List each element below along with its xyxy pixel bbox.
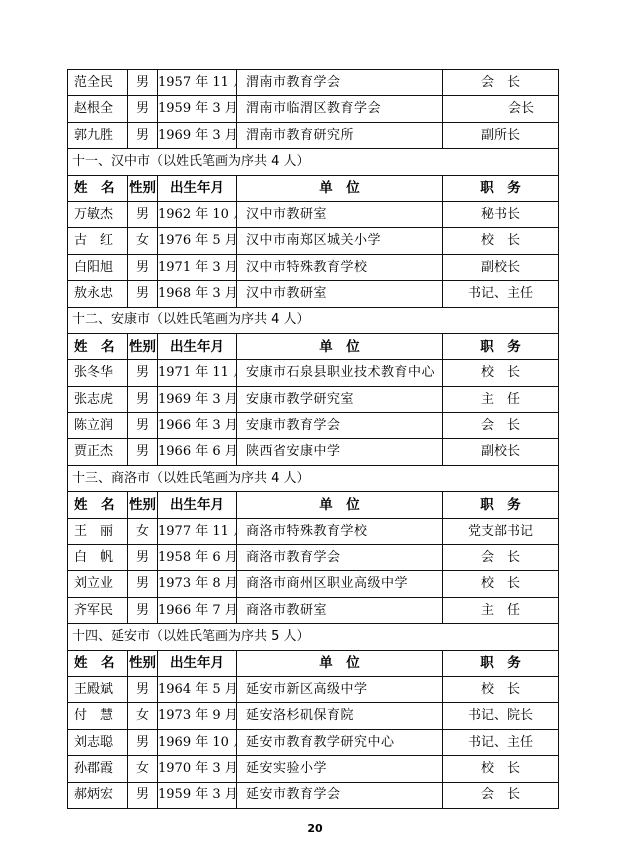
table-row: 敖永忠男1968 年 3 月汉中市教研室书记、主任 — [68, 281, 559, 307]
name-cell: 刘志聪 — [68, 729, 128, 755]
unit-cell: 汉中市南郑区城关小学 — [237, 228, 443, 254]
birthdate-cell: 1973 年 9 月 — [158, 703, 237, 729]
gender-cell: 女 — [128, 518, 158, 544]
unit-cell: 延安市教育学会 — [237, 782, 443, 808]
birthdate-cell: 1976 年 5 月 — [158, 228, 237, 254]
name-cell: 张志虎 — [68, 386, 128, 412]
gender-cell: 男 — [128, 782, 158, 808]
column-header-unit: 单 位 — [237, 650, 443, 676]
column-header-unit: 单 位 — [237, 333, 443, 359]
roster-table-body: 范全民男1957 年 11 月渭南市教育学会会 长赵根全男1959 年 3 月渭… — [68, 70, 559, 809]
birthdate-cell: 1969 年 10 月 — [158, 729, 237, 755]
position-cell: 主 任 — [443, 597, 559, 623]
position-cell: 秘书长 — [443, 201, 559, 227]
birthdate-cell: 1971 年 11 月 — [158, 360, 237, 386]
gender-cell: 男 — [128, 729, 158, 755]
unit-cell: 安康市教学研究室 — [237, 386, 443, 412]
gender-cell: 男 — [128, 386, 158, 412]
name-cell: 敖永忠 — [68, 281, 128, 307]
unit-cell: 渭南市教育研究所 — [237, 122, 443, 148]
gender-cell: 男 — [128, 254, 158, 280]
table-row: 王 丽女1977 年 11 月商洛市特殊教育学校党支部书记 — [68, 518, 559, 544]
gender-cell: 男 — [128, 676, 158, 702]
table-row: 郭九胜男1969 年 3 月渭南市教育研究所副所长 — [68, 122, 559, 148]
name-cell: 王 丽 — [68, 518, 128, 544]
position-cell: 校 长 — [443, 228, 559, 254]
gender-cell: 男 — [128, 360, 158, 386]
gender-cell: 男 — [128, 597, 158, 623]
birthdate-cell: 1973 年 8 月 — [158, 571, 237, 597]
column-header-row: 姓 名性别出生年月单 位职 务 — [68, 333, 559, 359]
position-cell: 书记、主任 — [443, 729, 559, 755]
gender-cell: 男 — [128, 281, 158, 307]
table-row: 付 慧女1973 年 9 月延安洛杉矶保育院书记、院长 — [68, 703, 559, 729]
gender-cell: 男 — [128, 96, 158, 122]
column-header-name: 姓 名 — [68, 175, 128, 201]
column-header-gender: 性别 — [128, 175, 158, 201]
position-cell: 书记、院长 — [443, 703, 559, 729]
unit-cell: 汉中市教研室 — [237, 281, 443, 307]
birthdate-cell: 1966 年 7 月 — [158, 597, 237, 623]
position-cell: 会 长 — [443, 70, 559, 96]
birthdate-cell: 1977 年 11 月 — [158, 518, 237, 544]
table-row: 齐军民男1966 年 7 月商洛市教研室主 任 — [68, 597, 559, 623]
column-header-birthdate: 出生年月 — [158, 650, 237, 676]
gender-cell: 女 — [128, 756, 158, 782]
column-header-position: 职 务 — [443, 492, 559, 518]
column-header-row: 姓 名性别出生年月单 位职 务 — [68, 650, 559, 676]
column-header-row: 姓 名性别出生年月单 位职 务 — [68, 492, 559, 518]
column-header-birthdate: 出生年月 — [158, 492, 237, 518]
table-row: 赵根全男1959 年 3 月渭南市临渭区教育学会会长 — [68, 96, 559, 122]
table-row: 古 红女1976 年 5 月汉中市南郑区城关小学校 长 — [68, 228, 559, 254]
column-header-row: 姓 名性别出生年月单 位职 务 — [68, 175, 559, 201]
unit-cell: 汉中市教研室 — [237, 201, 443, 227]
birthdate-cell: 1966 年 3 月 — [158, 413, 237, 439]
name-cell: 贾正杰 — [68, 439, 128, 465]
column-header-name: 姓 名 — [68, 650, 128, 676]
name-cell: 郭九胜 — [68, 122, 128, 148]
unit-cell: 商洛市商州区职业高级中学 — [237, 571, 443, 597]
table-row: 陈立润男1966 年 3 月安康市教育学会会 长 — [68, 413, 559, 439]
birthdate-cell: 1971 年 3 月 — [158, 254, 237, 280]
section-title-row: 十二、安康市（以姓氏笔画为序共 4 人） — [68, 307, 559, 333]
gender-cell: 女 — [128, 228, 158, 254]
unit-cell: 商洛市教研室 — [237, 597, 443, 623]
name-cell: 付 慧 — [68, 703, 128, 729]
position-cell: 副校长 — [443, 439, 559, 465]
name-cell: 郝炳宏 — [68, 782, 128, 808]
gender-cell: 男 — [128, 413, 158, 439]
position-cell: 书记、主任 — [443, 281, 559, 307]
name-cell: 齐军民 — [68, 597, 128, 623]
gender-cell: 男 — [128, 571, 158, 597]
name-cell: 孙郡霞 — [68, 756, 128, 782]
section-title: 十一、汉中市（以姓氏笔画为序共 4 人） — [68, 149, 559, 175]
table-row: 郝炳宏男1959 年 3 月延安市教育学会会 长 — [68, 782, 559, 808]
unit-cell: 渭南市教育学会 — [237, 70, 443, 96]
name-cell: 赵根全 — [68, 96, 128, 122]
table-row: 范全民男1957 年 11 月渭南市教育学会会 长 — [68, 70, 559, 96]
name-cell: 刘立业 — [68, 571, 128, 597]
position-cell: 校 长 — [443, 756, 559, 782]
position-cell: 校 长 — [443, 360, 559, 386]
roster-table: 范全民男1957 年 11 月渭南市教育学会会 长赵根全男1959 年 3 月渭… — [67, 69, 559, 809]
table-row: 白阳旭男1971 年 3 月汉中市特殊教育学校副校长 — [68, 254, 559, 280]
unit-cell: 延安实验小学 — [237, 756, 443, 782]
unit-cell: 渭南市临渭区教育学会 — [237, 96, 443, 122]
column-header-position: 职 务 — [443, 333, 559, 359]
birthdate-cell: 1959 年 3 月 — [158, 96, 237, 122]
position-cell: 校 长 — [443, 571, 559, 597]
unit-cell: 延安洛杉矶保育院 — [237, 703, 443, 729]
document-page: 范全民男1957 年 11 月渭南市教育学会会 长赵根全男1959 年 3 月渭… — [0, 0, 630, 865]
name-cell: 白 帆 — [68, 545, 128, 571]
gender-cell: 男 — [128, 201, 158, 227]
position-cell: 会长 — [443, 96, 559, 122]
unit-cell: 安康市教育学会 — [237, 413, 443, 439]
name-cell: 张冬华 — [68, 360, 128, 386]
table-row: 刘志聪男1969 年 10 月延安市教育教学研究中心书记、主任 — [68, 729, 559, 755]
birthdate-cell: 1959 年 3 月 — [158, 782, 237, 808]
table-row: 张志虎男1969 年 3 月安康市教学研究室主 任 — [68, 386, 559, 412]
table-row: 贾正杰男1966 年 6 月陕西省安康中学副校长 — [68, 439, 559, 465]
birthdate-cell: 1958 年 6 月 — [158, 545, 237, 571]
name-cell: 陈立润 — [68, 413, 128, 439]
position-cell: 会 长 — [443, 413, 559, 439]
section-title: 十四、延安市（以姓氏笔画为序共 5 人） — [68, 624, 559, 650]
table-row: 刘立业男1973 年 8 月商洛市商州区职业高级中学校 长 — [68, 571, 559, 597]
column-header-name: 姓 名 — [68, 333, 128, 359]
table-row: 孙郡霞女1970 年 3 月延安实验小学校 长 — [68, 756, 559, 782]
birthdate-cell: 1970 年 3 月 — [158, 756, 237, 782]
birthdate-cell: 1968 年 3 月 — [158, 281, 237, 307]
column-header-gender: 性别 — [128, 333, 158, 359]
table-row: 白 帆男1958 年 6 月商洛市教育学会会 长 — [68, 545, 559, 571]
column-header-unit: 单 位 — [237, 492, 443, 518]
name-cell: 王殿斌 — [68, 676, 128, 702]
section-title: 十二、安康市（以姓氏笔画为序共 4 人） — [68, 307, 559, 333]
birthdate-cell: 1962 年 10 月 — [158, 201, 237, 227]
section-title-row: 十三、商洛市（以姓氏笔画为序共 4 人） — [68, 465, 559, 491]
section-title-row: 十一、汉中市（以姓氏笔画为序共 4 人） — [68, 149, 559, 175]
column-header-position: 职 务 — [443, 175, 559, 201]
unit-cell: 延安市新区高级中学 — [237, 676, 443, 702]
table-row: 王殿斌男1964 年 5 月延安市新区高级中学校 长 — [68, 676, 559, 702]
table-row: 万敏杰男1962 年 10 月汉中市教研室秘书长 — [68, 201, 559, 227]
column-header-unit: 单 位 — [237, 175, 443, 201]
birthdate-cell: 1969 年 3 月 — [158, 386, 237, 412]
birthdate-cell: 1969 年 3 月 — [158, 122, 237, 148]
unit-cell: 陕西省安康中学 — [237, 439, 443, 465]
unit-cell: 安康市石泉县职业技术教育中心 — [237, 360, 443, 386]
column-header-gender: 性别 — [128, 492, 158, 518]
gender-cell: 男 — [128, 122, 158, 148]
section-title-row: 十四、延安市（以姓氏笔画为序共 5 人） — [68, 624, 559, 650]
position-cell: 副所长 — [443, 122, 559, 148]
gender-cell: 男 — [128, 439, 158, 465]
birthdate-cell: 1966 年 6 月 — [158, 439, 237, 465]
birthdate-cell: 1964 年 5 月 — [158, 676, 237, 702]
column-header-name: 姓 名 — [68, 492, 128, 518]
page-number: 20 — [0, 822, 630, 835]
gender-cell: 男 — [128, 70, 158, 96]
name-cell: 古 红 — [68, 228, 128, 254]
position-cell: 主 任 — [443, 386, 559, 412]
column-header-birthdate: 出生年月 — [158, 175, 237, 201]
position-cell: 校 长 — [443, 676, 559, 702]
position-cell: 党支部书记 — [443, 518, 559, 544]
name-cell: 白阳旭 — [68, 254, 128, 280]
section-title: 十三、商洛市（以姓氏笔画为序共 4 人） — [68, 465, 559, 491]
birthdate-cell: 1957 年 11 月 — [158, 70, 237, 96]
table-row: 张冬华男1971 年 11 月安康市石泉县职业技术教育中心校 长 — [68, 360, 559, 386]
position-cell: 副校长 — [443, 254, 559, 280]
unit-cell: 汉中市特殊教育学校 — [237, 254, 443, 280]
name-cell: 万敏杰 — [68, 201, 128, 227]
position-cell: 会 长 — [443, 545, 559, 571]
name-cell: 范全民 — [68, 70, 128, 96]
gender-cell: 女 — [128, 703, 158, 729]
unit-cell: 延安市教育教学研究中心 — [237, 729, 443, 755]
unit-cell: 商洛市教育学会 — [237, 545, 443, 571]
column-header-birthdate: 出生年月 — [158, 333, 237, 359]
gender-cell: 男 — [128, 545, 158, 571]
column-header-gender: 性别 — [128, 650, 158, 676]
unit-cell: 商洛市特殊教育学校 — [237, 518, 443, 544]
position-cell: 会 长 — [443, 782, 559, 808]
column-header-position: 职 务 — [443, 650, 559, 676]
